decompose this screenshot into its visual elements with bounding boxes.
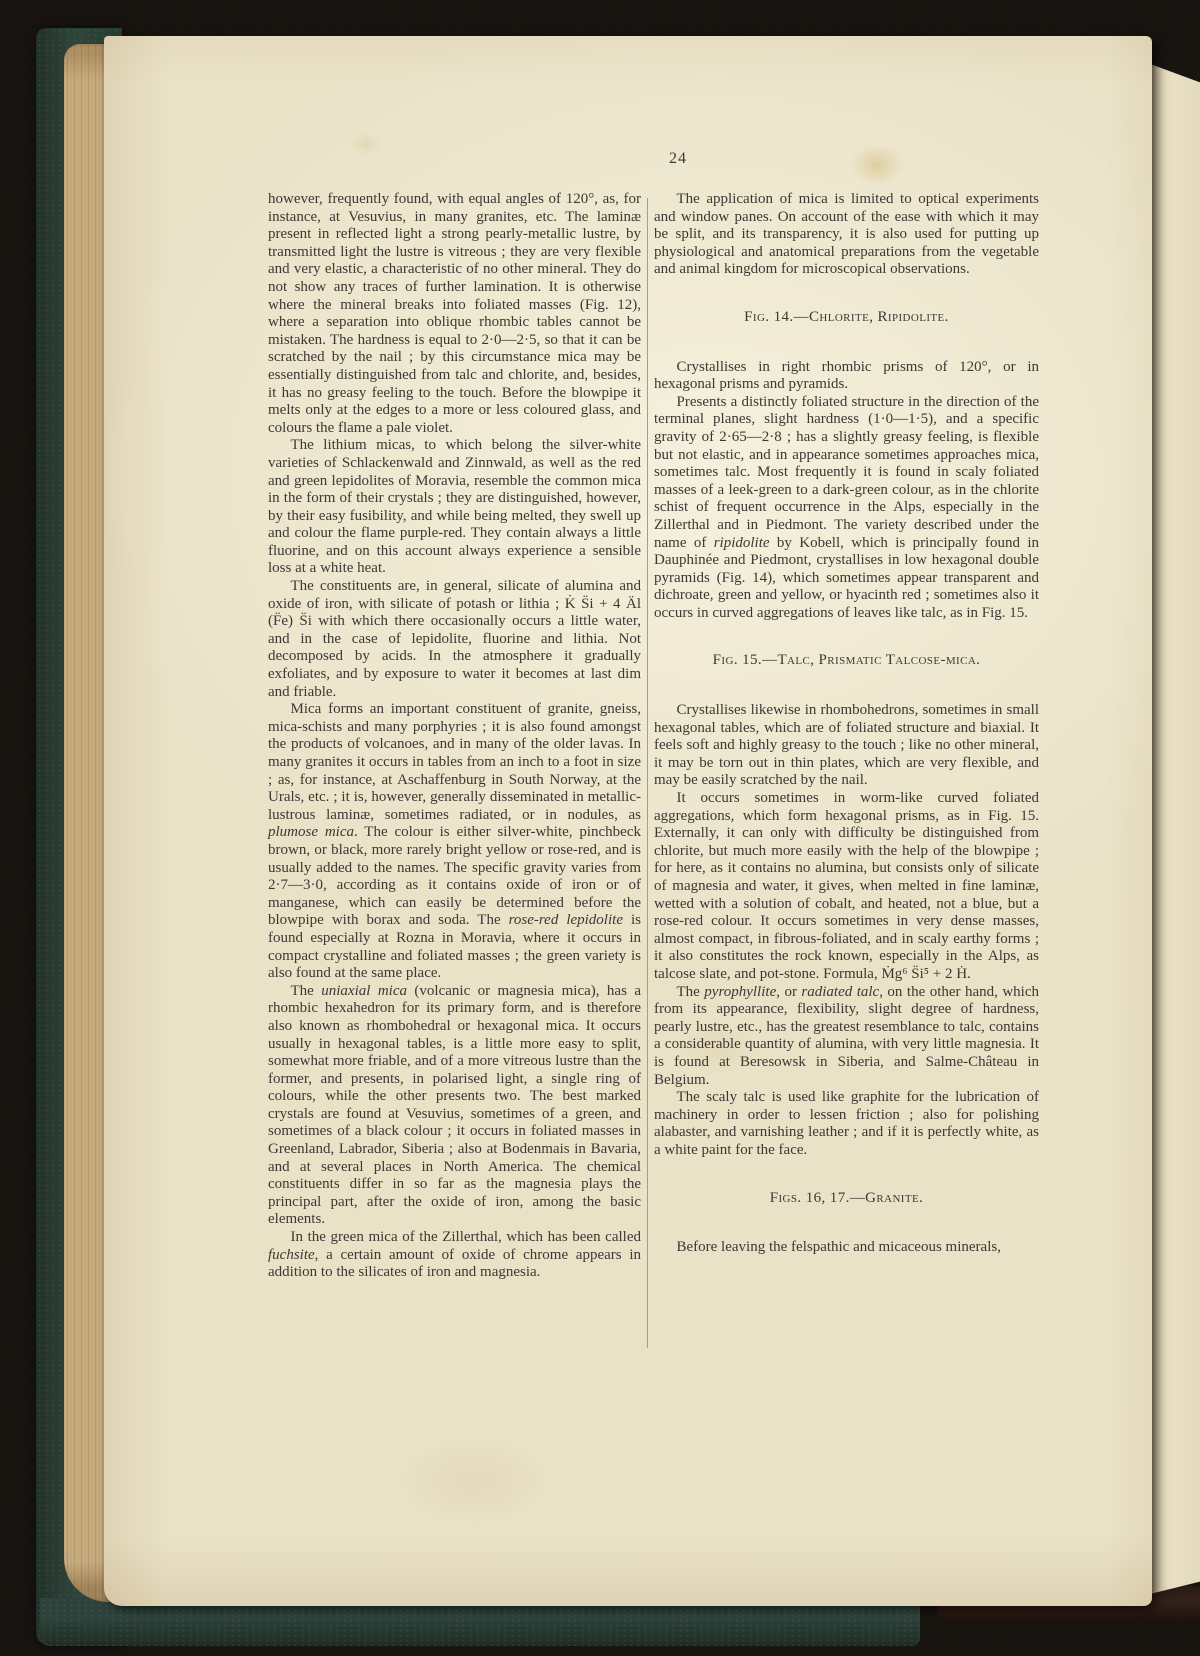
paragraph: Mica forms an important constituent of g… xyxy=(268,701,641,983)
paper-stain xyxy=(840,136,914,194)
paragraph: however, frequently found, with equal an… xyxy=(268,191,641,437)
paragraph: The scaly talc is used like graphite for… xyxy=(654,1089,1039,1159)
paragraph: The pyrophyllite, or radiated talc, on t… xyxy=(654,984,1039,1090)
paragraph: In the green mica of the Zillerthal, whi… xyxy=(268,1229,641,1282)
paper-stain xyxy=(364,1416,584,1546)
book-page: 24 however, frequently found, with equal… xyxy=(104,36,1152,1606)
paragraph: The application of mica is limited to op… xyxy=(654,191,1039,279)
page-number: 24 xyxy=(628,150,728,168)
paragraph: The uniaxial mica (volcanic or magnesia … xyxy=(268,983,641,1229)
paragraph: The lithium micas, to which belong the s… xyxy=(268,437,641,578)
right-column: The application of mica is limited to op… xyxy=(654,191,1039,1257)
paper-stain xyxy=(344,128,388,160)
paragraph: Crystallises in right rhombic prisms of … xyxy=(654,359,1039,394)
paragraph: It occurs sometimes in worm-like curved … xyxy=(654,790,1039,984)
underlying-page-edge xyxy=(1150,50,1200,1594)
figure-14-heading: Fig. 14.—Chlorite, Ripidolite. xyxy=(654,309,1039,327)
column-divider-rule xyxy=(647,198,648,1348)
scan-backdrop: 24 however, frequently found, with equal… xyxy=(0,0,1200,1656)
paragraph: Crystallises likewise in rhombohedrons, … xyxy=(654,702,1039,790)
left-column: however, frequently found, with equal an… xyxy=(268,191,641,1282)
paragraph: Presents a distinctly foliated structure… xyxy=(654,394,1039,623)
figure-15-heading: Fig. 15.—Talc, Prismatic Talcose-mica. xyxy=(654,652,1039,670)
paragraph: The constituents are, in general, silica… xyxy=(268,578,641,701)
paragraph: Before leaving the felspathic and micace… xyxy=(654,1239,1039,1257)
figures-16-17-heading: Figs. 16, 17.—Granite. xyxy=(654,1190,1039,1208)
